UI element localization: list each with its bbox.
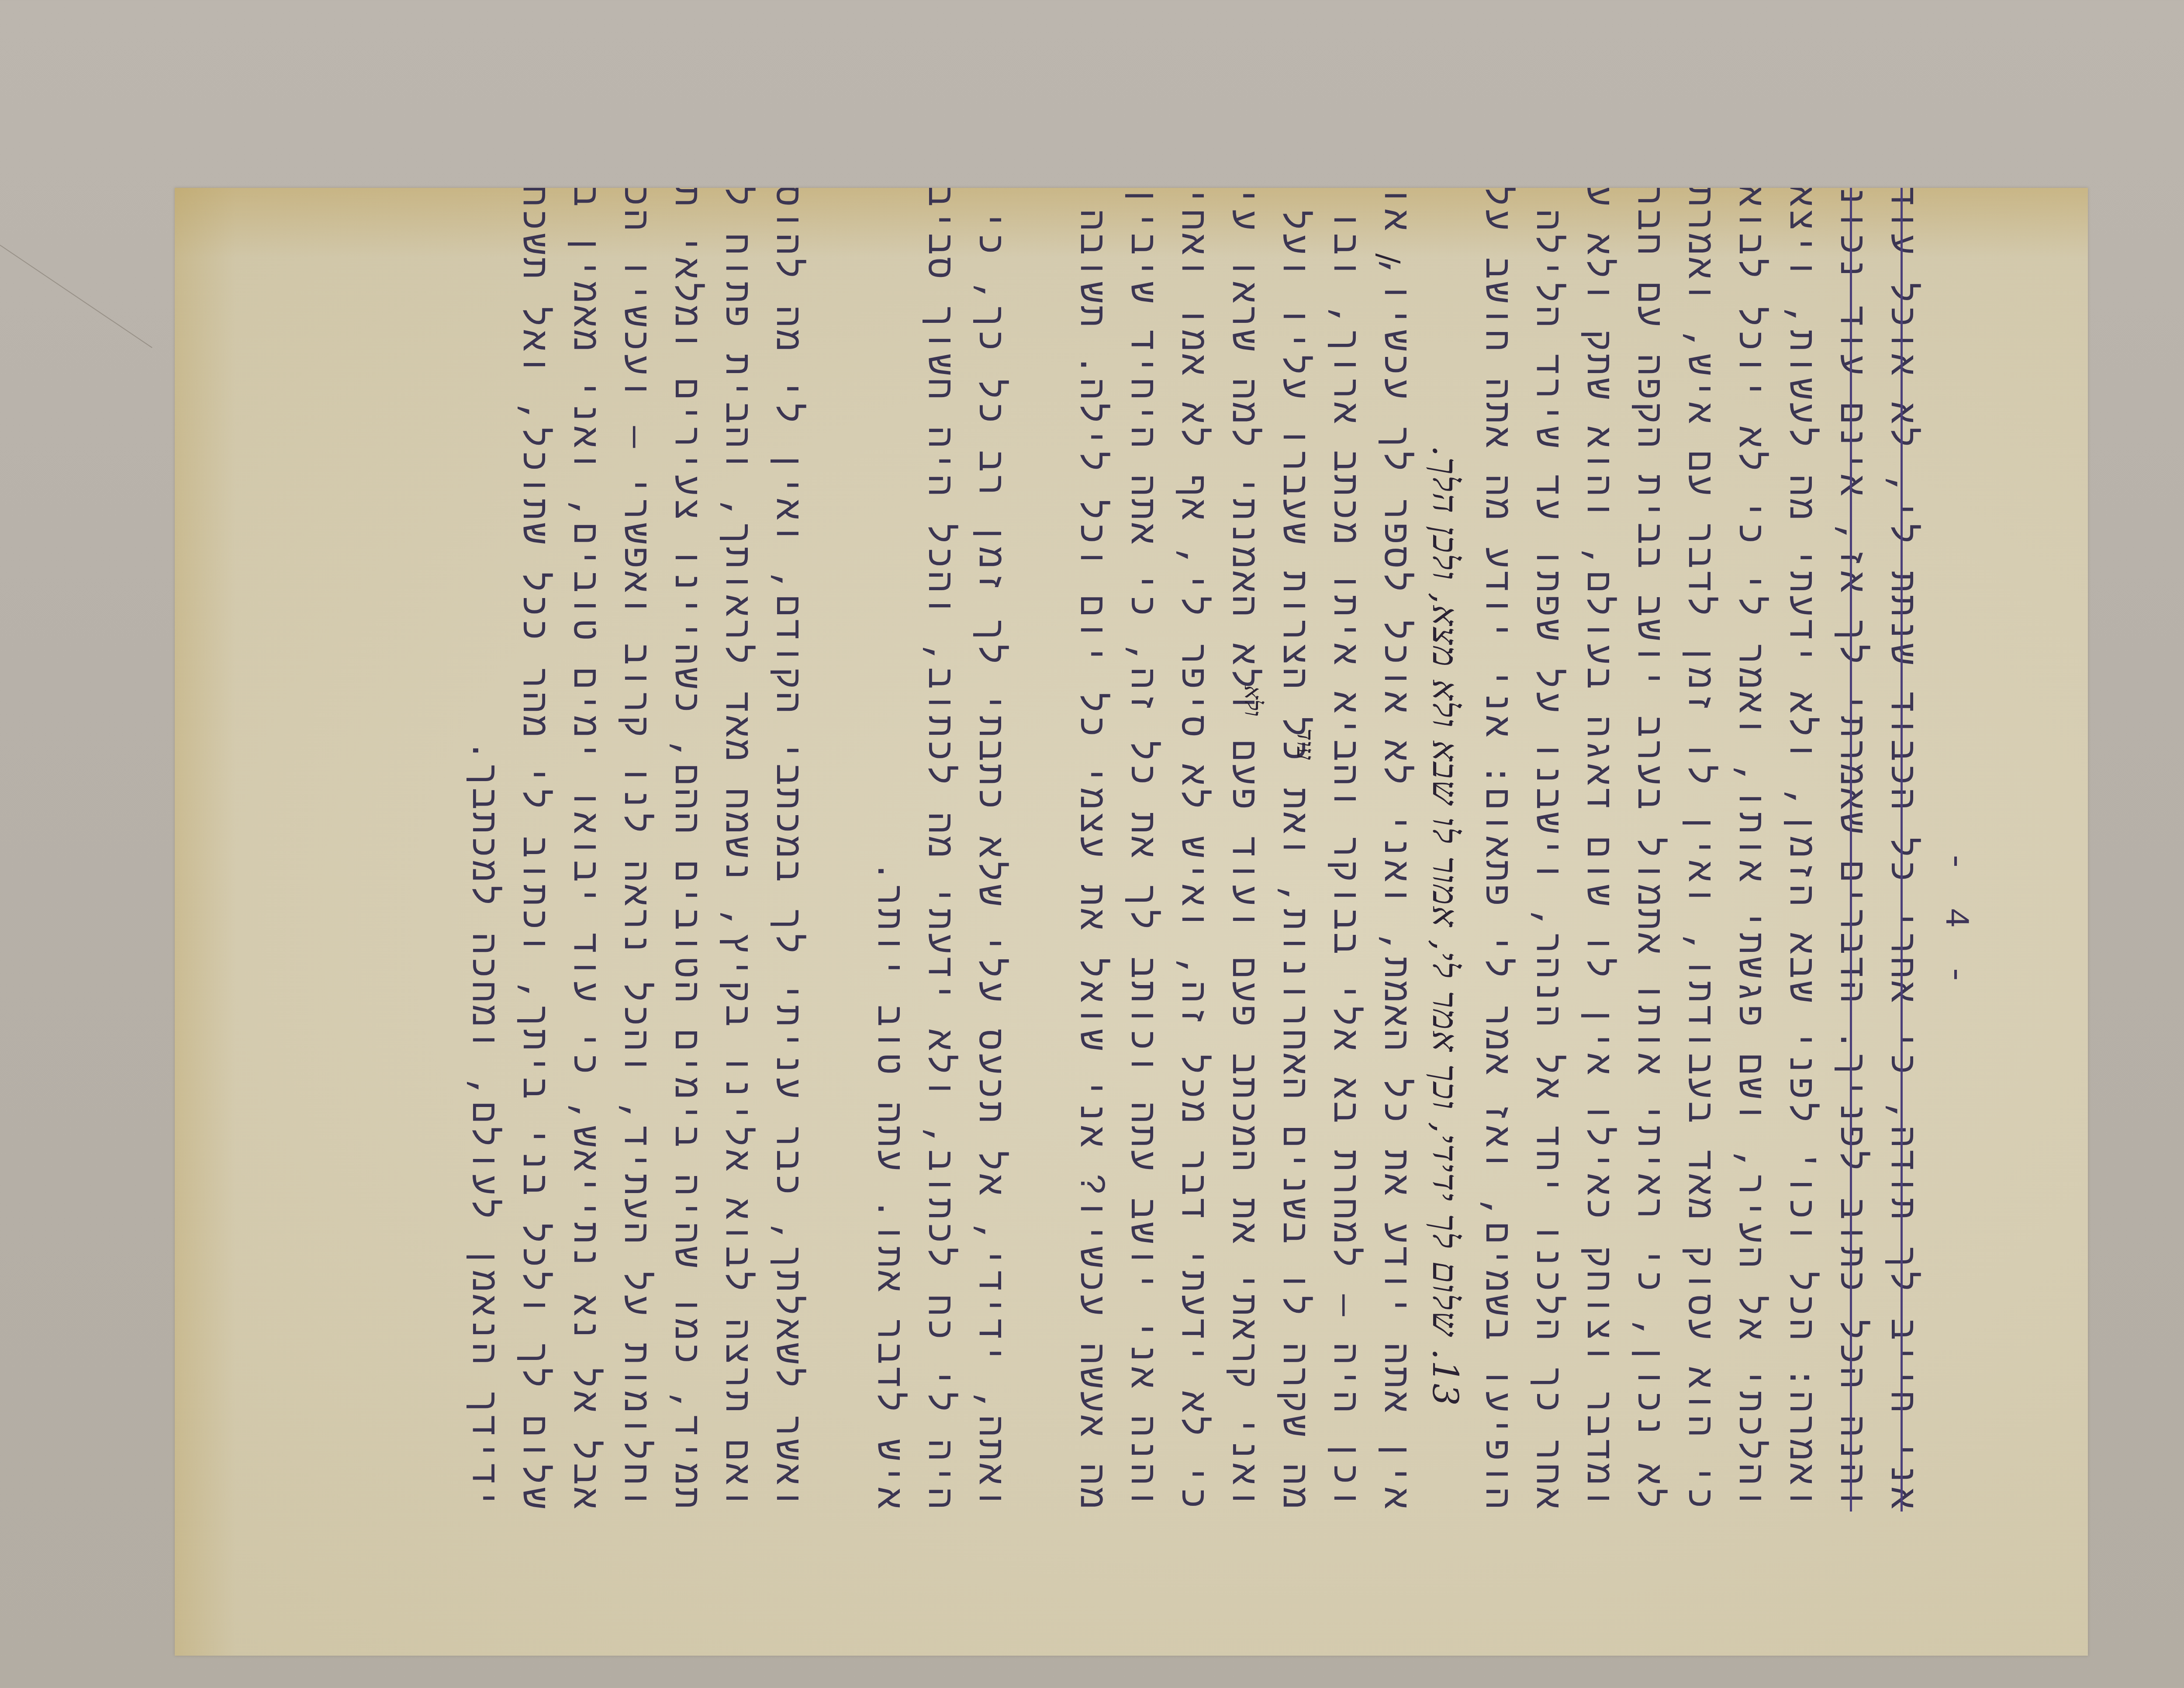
handwritten-line: 13. שלום לך ידידי, וכך אמר לי, אמור לו ש… bbox=[1420, 288, 1470, 1512]
typed-line: הופיעו בשמים, ואז אמר לי פתאום: אני יודע… bbox=[1470, 288, 1521, 1512]
typed-line: ומדבר וצוחק כאילו אין לו שום דאגה בעולם,… bbox=[1572, 288, 1622, 1512]
typed-line: היה לי כח לכתוב, ולא ידעתי מה לכתוב, והכ… bbox=[913, 288, 964, 1512]
typed-line: ואם תרצה לבוא אלינו בקיץ, נשמח מאד לראות… bbox=[710, 288, 761, 1512]
typed-page: - 4 - אני חייב לך תודה, כי אחרי כל הכבוד… bbox=[175, 188, 2088, 1656]
background-crease bbox=[0, 245, 152, 348]
struck-line: והנה הכל כתוב לפניך. הדברים שאמרתי לך אז… bbox=[1825, 288, 1876, 1512]
typed-line: ואתה, ידידי, אל תכעס עלי שלא כתבתי לך זמ… bbox=[964, 288, 1014, 1512]
page-number: - 4 - bbox=[1936, 188, 1974, 1656]
typed-line: שלום לך ולכל בני ביתך, וכתוב לי מהר ככל … bbox=[508, 288, 558, 1512]
typed-line: איש לדבר אתו. עתה טוב יותר. bbox=[862, 288, 913, 1512]
typed-line: ואמרה: הכל וכו' לפני שבא הזמן, ולא ידעתי… bbox=[1774, 288, 1825, 1512]
typed-line: ואני קראתי את המכתב פעם ועוד פעם ולא האמ… bbox=[1217, 288, 1268, 1512]
typed-line: אחר כך הלכנו יחד אל הנהר, וישבנו על שפתו… bbox=[1521, 288, 1572, 1512]
paragraph-gap bbox=[1014, 288, 1065, 1512]
struck-line: אני חייב לך תודה, כי אחרי כל הכבוד שנתת … bbox=[1876, 288, 1926, 1512]
typed-line: ידידך הנאמן לעולם, ומחכה למכתבך. bbox=[457, 288, 508, 1512]
typed-line: אבל אל נא נתייאש, כי עוד יבואו ימים טובי… bbox=[558, 288, 609, 1512]
typed-line: וחלומות על העתיד, והכל נראה לנו קרוב ואפ… bbox=[609, 288, 660, 1512]
typed-line: מה אעשה עכשיו? אני שואל את עצמי כל יום ו… bbox=[1065, 288, 1116, 1512]
typed-line: והנה אני יושב עתה וכותב לך את כל זה, כי … bbox=[1116, 288, 1166, 1512]
letter-body: אני חייב לך תודה, כי אחרי כל הכבוד שנתת … bbox=[457, 288, 1926, 1512]
typed-line: לא נכון, כי ראיתי אותו אתמול בערב יושב ב… bbox=[1622, 288, 1673, 1512]
handwritten-insert: ולא bbox=[1239, 685, 1267, 716]
margin-mark: / bbox=[1371, 253, 1406, 264]
typed-line: כי הוא עסוק מאד בעבודתו, ואין לו זמן לדב… bbox=[1673, 288, 1724, 1512]
typed-line: וכן היה — למחרת בא אלי בבוקר והביא איתו … bbox=[1318, 288, 1369, 1512]
handwritten-insert: עוד bbox=[1292, 729, 1319, 760]
typed-line: מה שקרה לו בשנים האחרונות, ואת כל הצרות … bbox=[1268, 288, 1318, 1512]
typed-line: והלכתי אל העיר, ושם פגשתי אותו, ואמר לי … bbox=[1724, 288, 1774, 1512]
typed-line: ואשר לשאלתך, כבר עניתי לך במכתבי הקודם, … bbox=[761, 288, 812, 1512]
typed-line: אין אתה יודע את כל האמת, ואני לא אוכל לס… bbox=[1369, 288, 1420, 1512]
paper-sheet: - 4 - אני חייב לך תודה, כי אחרי כל הכבוד… bbox=[175, 188, 2088, 1656]
typed-line: כי לא ידעתי דבר מכל זה, ואיש לא סיפר לי,… bbox=[1166, 288, 1217, 1512]
typed-line: תמיד, כמו שהיה בימים הטובים ההם, כשהיינו… bbox=[660, 288, 710, 1512]
paragraph-gap bbox=[812, 288, 862, 1512]
